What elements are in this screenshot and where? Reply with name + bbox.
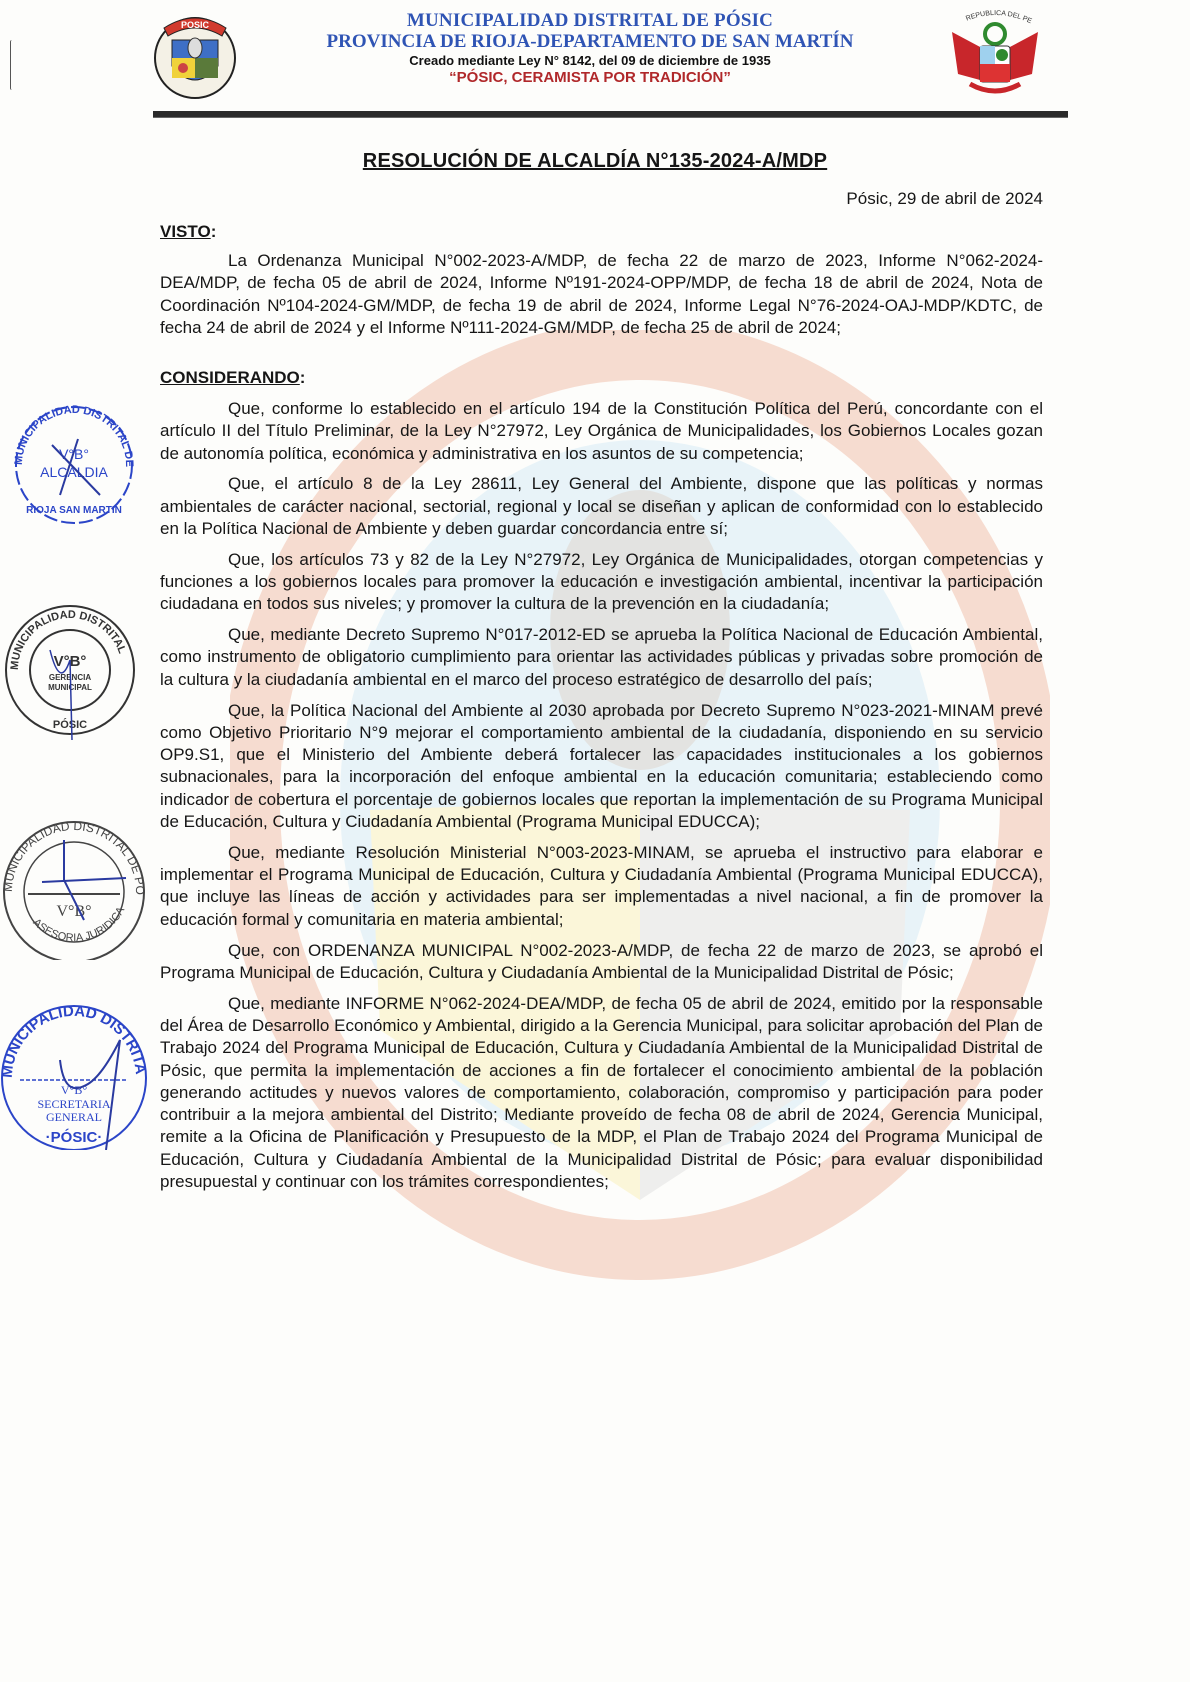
province-department: PROVINCIA DE RIOJA-DEPARTAMENTO DE SAN M… (240, 31, 940, 52)
svg-text:POSIC: POSIC (181, 20, 210, 30)
creation-law: Creado mediante Ley N° 8142, del 09 de d… (240, 53, 940, 69)
resolution-title-wrap: RESOLUCIÓN DE ALCALDÍA N°135-2024-A/MDP (0, 150, 1190, 173)
considerando-paragraph: Que, mediante Resolución Ministerial N°0… (160, 842, 1043, 931)
visto-body: La Ordenanza Municipal N°002-2023-A/MDP,… (160, 250, 1043, 348)
svg-text:·PÓSIC·: ·PÓSIC· (46, 1128, 103, 1146)
letterhead: POSIC MUNICIPALIDAD DISTRITAL DE PÓSIC P… (150, 0, 1050, 110)
svg-text:RIOJA SAN MARTIN: RIOJA SAN MARTIN (26, 505, 122, 516)
header-divider (153, 111, 1068, 118)
resolution-title: RESOLUCIÓN DE ALCALDÍA N°135-2024-A/MDP (363, 150, 827, 172)
considerando-paragraph: Que, la Política Nacional del Ambiente a… (160, 700, 1043, 834)
svg-text:REPUBLICA DEL PERU: REPUBLICA DEL PERU (940, 2, 1033, 25)
considerando-paragraph: Que, mediante Decreto Supremo N°017-2012… (160, 624, 1043, 691)
considerando-paragraph: Que, los artículos 73 y 82 de la Ley N°2… (160, 549, 1043, 616)
visto-heading-wrap: VISTO: (160, 222, 216, 242)
municipal-shield-icon: POSIC (150, 6, 240, 102)
svg-text:SECRETARIA: SECRETARIA (37, 1097, 110, 1111)
considerando-paragraph: Que, mediante INFORME N°062-2024-DEA/MDP… (160, 993, 1043, 1194)
letterhead-text: MUNICIPALIDAD DISTRITAL DE PÓSIC PROVINC… (240, 10, 940, 87)
considerando-paragraph: Que, conforme lo establecido en el artíc… (160, 398, 1043, 465)
considerando-heading: CONSIDERANDO (160, 368, 300, 387)
considerando-heading-wrap: CONSIDERANDO: (160, 368, 305, 388)
stamp-alcaldia: MUNICIPALIDAD DISTRITAL DE POSIC V°B° AL… (0, 395, 150, 525)
svg-text:V°B°: V°B° (61, 1083, 87, 1097)
municipality-name: MUNICIPALIDAD DISTRITAL DE PÓSIC (240, 10, 940, 31)
stamp-secretaria-general: MUNICIPALIDAD DISTRITAL V°B° SECRETARIA … (0, 1000, 150, 1150)
svg-text:ALCALDIA: ALCALDIA (40, 464, 108, 480)
svg-text:V°B°: V°B° (56, 903, 91, 920)
svg-text:GENERAL: GENERAL (46, 1110, 102, 1124)
considerando-paragraph: Que, con ORDENANZA MUNICIPAL N°002-2023-… (160, 940, 1043, 985)
svg-text:MUNICIPALIDAD DISTRITAL: MUNICIPALIDAD DISTRITAL (0, 1000, 149, 1078)
visto-heading: VISTO (160, 222, 211, 241)
stamp-gerencia-municipal: MUNICIPALIDAD DISTRITAL V°B° GERENCIA MU… (0, 600, 140, 740)
document-date: Pósic, 29 de abril de 2024 (846, 189, 1043, 209)
svg-text:MUNICIPALIDAD DISTRITAL DE POS: MUNICIPALIDAD DISTRITAL DE POSIC (0, 820, 147, 895)
peru-coat-of-arms-icon: REPUBLICA DEL PERU (940, 2, 1050, 104)
svg-text:PÓSIC: PÓSIC (53, 718, 87, 731)
stamp-asesoria-juridica: MUNICIPALIDAD DISTRITAL DE POSIC ASESORI… (0, 820, 150, 960)
motto: “PÓSIC, CERAMISTA POR TRADICIÓN” (240, 69, 940, 87)
page-edge-mark (10, 40, 14, 90)
considerando-body: Que, conforme lo establecido en el artíc… (160, 398, 1043, 1202)
visto-paragraph: La Ordenanza Municipal N°002-2023-A/MDP,… (160, 250, 1043, 339)
considerando-paragraph: Que, el artículo 8 de la Ley 28611, Ley … (160, 473, 1043, 540)
